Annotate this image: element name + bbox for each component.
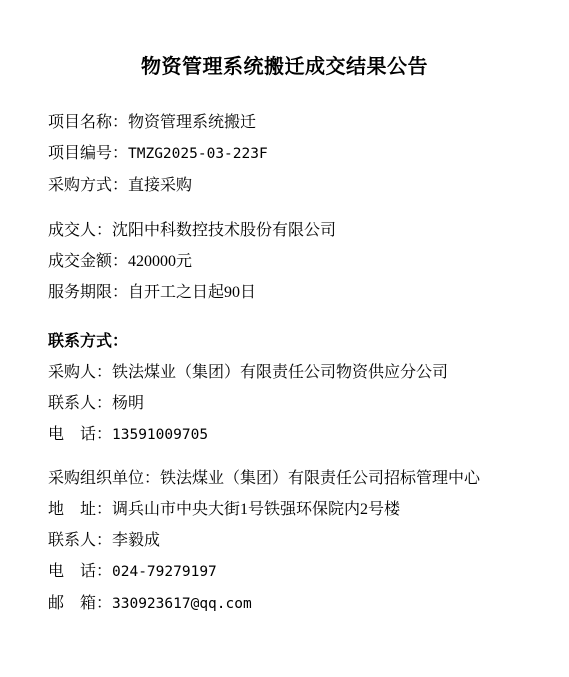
service-period-value: 自开工之日起90日 (128, 284, 256, 301)
document-page: 物资管理系统搬迁成交结果公告 项目名称：物资管理系统搬迁 项目编号：TMZG20… (0, 0, 569, 677)
purchaser-org-label: 采购人： (48, 364, 112, 381)
purchaser-org-line: 采购人：铁法煤业（集团）有限责任公司物资供应分公司 (48, 357, 521, 388)
agency-contact-label: 联系人： (48, 532, 112, 549)
agency-email-label: 邮 箱： (48, 595, 112, 612)
winner-label: 成交人： (48, 222, 112, 239)
agency-address-value: 调兵山市中央大街1号铁强环保院内2号楼 (112, 501, 400, 518)
purchaser-phone-label: 电 话： (48, 426, 112, 443)
agency-org-label: 采购组织单位： (48, 470, 160, 487)
procurement-method-line: 采购方式：直接采购 (48, 170, 521, 201)
winner-value: 沈阳中科数控技术股份有限公司 (112, 222, 336, 239)
page-title: 物资管理系统搬迁成交结果公告 (48, 53, 521, 81)
purchaser-phone-value: 13591009705 (112, 427, 208, 443)
project-number-value: TMZG2025-03-223F (128, 146, 268, 162)
winner-line: 成交人：沈阳中科数控技术股份有限公司 (48, 215, 521, 246)
agency-address-label: 地 址： (48, 501, 112, 518)
agency-contact-line: 联系人：李毅成 (48, 525, 521, 556)
project-name-label: 项目名称： (48, 114, 128, 131)
purchaser-contact-label: 联系人： (48, 395, 112, 412)
amount-value: 420000元 (128, 253, 192, 270)
project-name-value: 物资管理系统搬迁 (128, 114, 256, 131)
agency-phone-label: 电 话： (48, 563, 112, 580)
contact-section-heading: 联系方式： (48, 326, 521, 357)
agency-email-value: 330923617@qq.com (112, 596, 252, 612)
service-period-line: 服务期限：自开工之日起90日 (48, 277, 521, 308)
agency-org-line: 采购组织单位：铁法煤业（集团）有限责任公司招标管理中心 (48, 463, 521, 494)
agency-phone-line: 电 话：024-79279197 (48, 556, 521, 588)
amount-line: 成交金额：420000元 (48, 246, 521, 277)
purchaser-contact-value: 杨明 (112, 395, 144, 412)
agency-address-line: 地 址：调兵山市中央大街1号铁强环保院内2号楼 (48, 494, 521, 525)
procurement-method-label: 采购方式： (48, 177, 128, 194)
purchaser-phone-line: 电 话：13591009705 (48, 419, 521, 451)
procurement-method-value: 直接采购 (128, 177, 192, 194)
project-number-label: 项目编号： (48, 145, 128, 162)
agency-contact-value: 李毅成 (112, 532, 160, 549)
amount-label: 成交金额： (48, 253, 128, 270)
agency-phone-value: 024-79279197 (112, 564, 217, 580)
project-name-line: 项目名称：物资管理系统搬迁 (48, 107, 521, 138)
purchaser-contact-line: 联系人：杨明 (48, 388, 521, 419)
agency-email-line: 邮 箱：330923617@qq.com (48, 588, 521, 620)
project-number-line: 项目编号：TMZG2025-03-223F (48, 138, 521, 170)
agency-org-value: 铁法煤业（集团）有限责任公司招标管理中心 (160, 470, 480, 487)
service-period-label: 服务期限： (48, 284, 128, 301)
purchaser-org-value: 铁法煤业（集团）有限责任公司物资供应分公司 (112, 364, 448, 381)
